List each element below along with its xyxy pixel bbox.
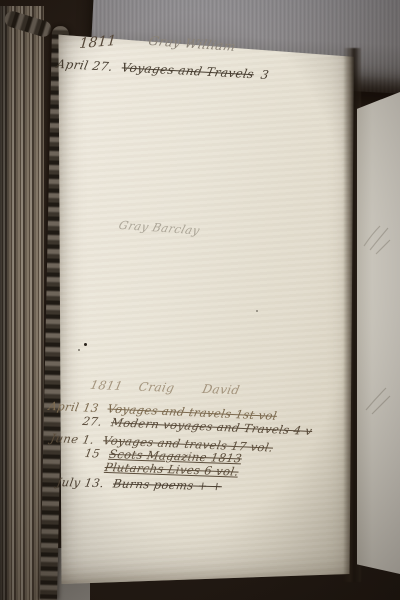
entry-year-bottom: 1811 bbox=[89, 378, 124, 393]
paper-grain bbox=[54, 28, 354, 584]
loan-date: 15 bbox=[84, 446, 102, 460]
ink-speck bbox=[84, 343, 87, 346]
photograph-open-ledger-book: 1811 Gray William April 27.Voyages and T… bbox=[0, 0, 400, 600]
loan-title: Burns poems + + bbox=[112, 476, 223, 493]
book-page-edges bbox=[0, 6, 44, 600]
loan-date: July 13. bbox=[56, 475, 106, 490]
facing-page-sliver bbox=[357, 92, 400, 574]
borrower-forename: David bbox=[201, 382, 241, 397]
loan-date: 27. bbox=[81, 414, 103, 429]
ink-speck bbox=[78, 349, 80, 351]
loan-date: April 27. bbox=[55, 57, 114, 74]
facing-page-ink-marks-lower bbox=[362, 380, 396, 420]
loan-date: April 13 bbox=[47, 399, 100, 415]
ink-speck bbox=[256, 310, 258, 312]
loan-date: June 1. bbox=[49, 431, 95, 447]
borrower-surname: Craig bbox=[137, 380, 176, 395]
entry-year-top: 1811 bbox=[79, 33, 118, 52]
facing-page-ink-marks-upper bbox=[360, 214, 396, 260]
